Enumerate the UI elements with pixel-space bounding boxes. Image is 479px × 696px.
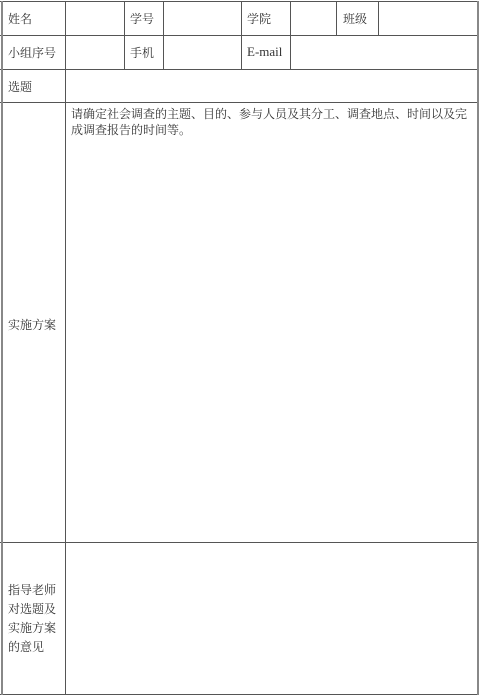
name-field[interactable] xyxy=(66,2,124,35)
advisor-opinion-field[interactable] xyxy=(66,543,477,694)
plan-label: 实施方案 xyxy=(8,318,56,332)
phone-label: 手机 xyxy=(130,46,154,60)
class-field[interactable] xyxy=(379,2,477,35)
topic-label: 选题 xyxy=(8,80,32,94)
student-id-label: 学号 xyxy=(130,12,154,26)
name-label: 姓名 xyxy=(8,12,32,26)
email-field[interactable] xyxy=(291,36,477,69)
table-border-left xyxy=(1,1,3,695)
phone-field[interactable] xyxy=(164,36,241,69)
plan-instructions: 请确定社会调查的主题、目的、参与人员及其分工、调查地点、时间以及完成调查报告的时… xyxy=(71,106,475,138)
group-number-label: 小组序号 xyxy=(8,46,56,60)
advisor-opinion-label: 指导老师 对选题及 实施方案 的意见 xyxy=(8,581,60,657)
plan-field[interactable] xyxy=(66,103,477,542)
student-id-field[interactable] xyxy=(164,2,241,35)
email-label: E-mail xyxy=(247,45,282,59)
college-field[interactable] xyxy=(291,2,336,35)
table-border-bottom xyxy=(0,694,479,695)
topic-field[interactable] xyxy=(66,70,477,102)
col-divider-college xyxy=(241,1,242,69)
group-number-field[interactable] xyxy=(66,36,124,69)
survey-registration-form: 姓名 学号 学院 班级 小组序号 手机 E-mail 选题 实施方案 请确定社会… xyxy=(0,0,479,696)
class-label: 班级 xyxy=(343,12,367,26)
college-label: 学院 xyxy=(247,12,271,26)
col-divider-class xyxy=(336,1,337,35)
col-divider-student-id xyxy=(124,1,125,69)
